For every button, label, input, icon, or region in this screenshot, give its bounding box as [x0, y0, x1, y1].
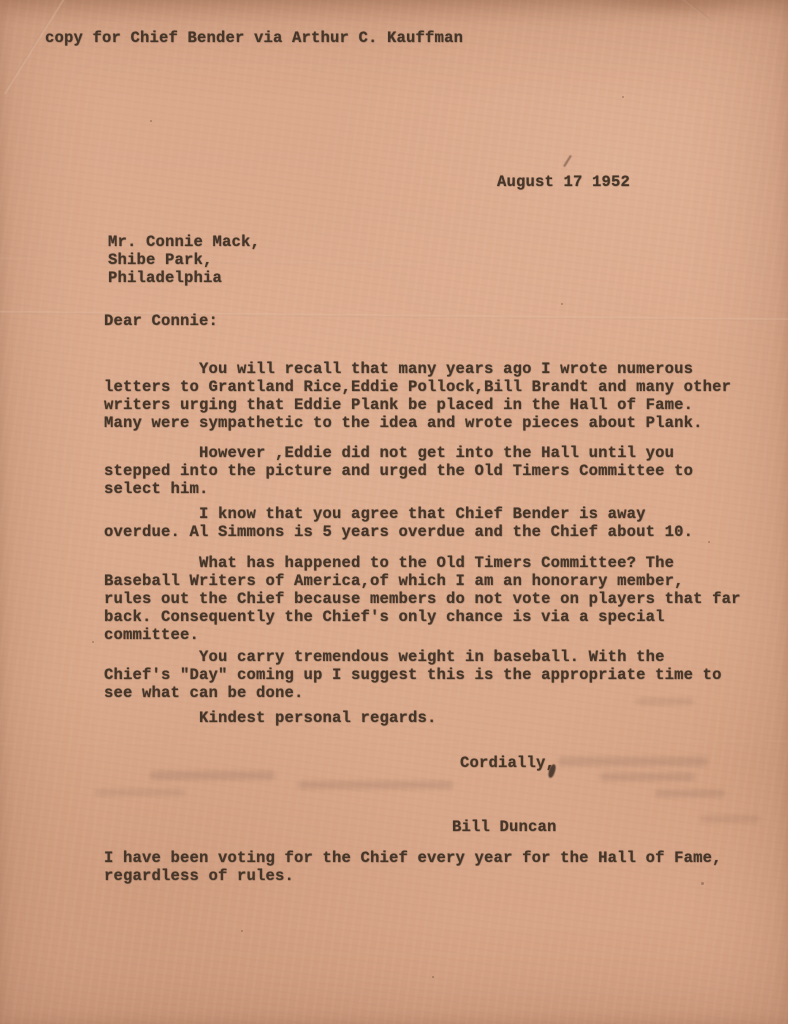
paper-speck: [432, 976, 434, 978]
ink-bleedthrough-smudge: [700, 815, 760, 823]
scanned-letter-page: copy for Chief Bender via Arthur C. Kauf…: [0, 0, 788, 1024]
pen-mark: [563, 155, 572, 167]
paper-speck: [708, 541, 710, 543]
regards-line: Kindest personal regards.: [104, 709, 437, 727]
letter-paragraph: What has happened to the Old Timers Comm…: [104, 554, 741, 644]
ink-bleedthrough-smudge: [600, 773, 695, 781]
closing-valediction: Cordially,: [460, 754, 555, 772]
letter-date: August 17 1952: [497, 173, 630, 191]
letter-paragraph: You will recall that many years ago I wr…: [104, 360, 731, 432]
crease-mark: [0, 741, 788, 746]
letter-paragraph: You carry tremendous weight in baseball.…: [104, 648, 722, 702]
letter-paragraph: I know that you agree that Chief Bender …: [104, 505, 693, 541]
ink-bleedthrough-smudge: [95, 789, 185, 796]
paper-speck: [150, 120, 152, 122]
top-crumple-shadow: [590, 0, 760, 16]
crease-mark: [672, 0, 709, 20]
ink-bleedthrough-smudge: [150, 771, 275, 780]
salutation: Dear Connie:: [104, 312, 218, 330]
signature-name: Bill Duncan: [452, 818, 557, 836]
postscript: I have been voting for the Chief every y…: [104, 849, 722, 885]
paper-speck: [561, 303, 563, 305]
top-edge-shadow: [0, 0, 788, 26]
ink-bleedthrough-smudge: [298, 781, 453, 789]
copy-annotation-line: copy for Chief Bender via Arthur C. Kauf…: [45, 29, 463, 47]
letter-paragraph: However ,Eddie did not get into the Hall…: [104, 444, 693, 498]
paper-speck: [92, 641, 94, 643]
ink-bleedthrough-smudge: [655, 790, 725, 797]
ink-bleedthrough-smudge: [558, 757, 708, 766]
crease-mark: [3, 0, 64, 94]
paper-speck: [622, 96, 624, 98]
recipient-address: Mr. Connie Mack, Shibe Park, Philadelphi…: [108, 233, 260, 287]
paper-speck: [241, 930, 243, 932]
